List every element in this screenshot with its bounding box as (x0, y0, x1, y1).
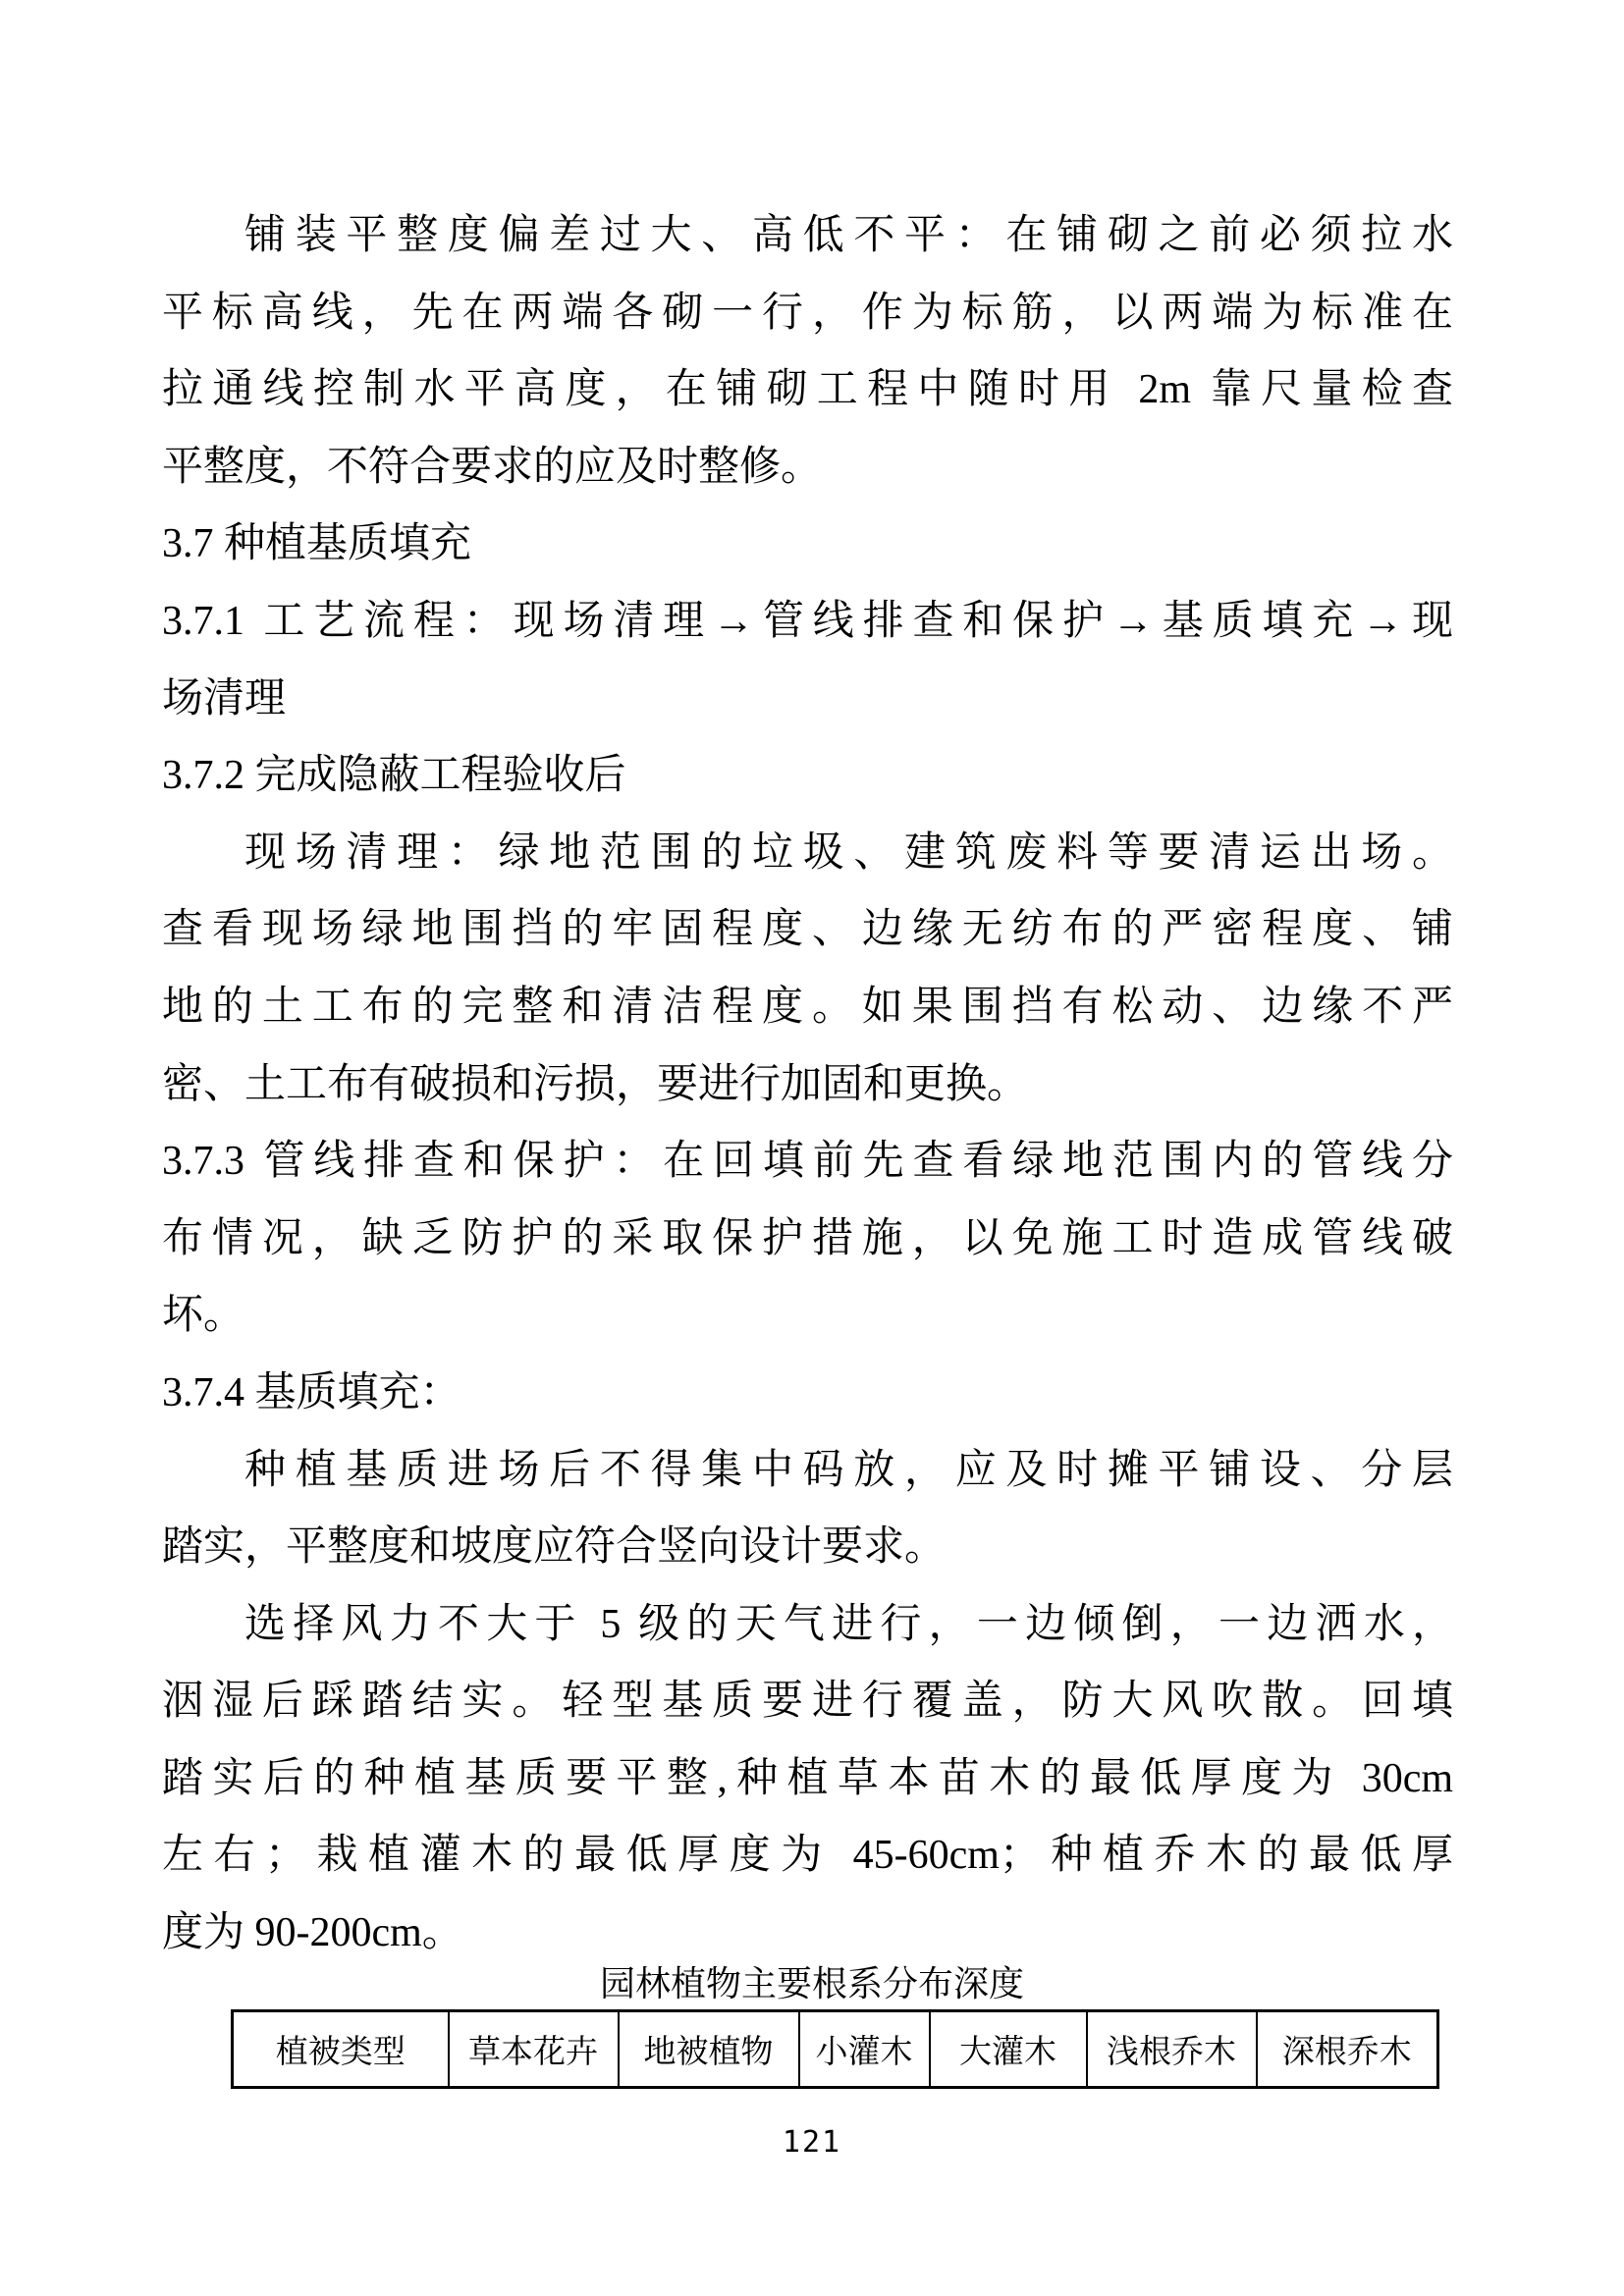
page-number: 121 (0, 2123, 1624, 2163)
col-header-large-shrubs: 大灌木 (930, 2011, 1087, 2088)
body-text-line: 选择风力不大于 5 级的天气进行，一边倾倒，一边洒水， (162, 1586, 1453, 1664)
table-header-row: 植被类型 草本花卉 地被植物 小灌木 大灌木 浅根乔木 深根乔木 (233, 2011, 1438, 2088)
col-header-shallow-root-trees: 浅根乔木 (1087, 2011, 1257, 2088)
body-text-line: 密、土工布有破损和污损，要进行加固和更换。 (162, 1046, 1453, 1124)
body-text-line: 种植基质进场后不得集中码放，应及时摊平铺设、分层 (162, 1432, 1453, 1510)
heading-3-7: 3.7 种植基质填充 (162, 506, 1453, 583)
body-text-line: 左右；栽植灌木的最低厚度为 45-60cm；种植乔木的最低厚 (162, 1817, 1453, 1895)
heading-3-7-4: 3.7.4 基质填充： (162, 1355, 1453, 1432)
body-text-line: 坏。 (162, 1277, 1453, 1355)
body-text-line: 查看现场绿地围挡的牢固程度、边缘无纺布的严密程度、铺 (162, 891, 1453, 969)
table-caption: 园林植物主要根系分布深度 (0, 1959, 1624, 2008)
body-text-line: 踏实后的种植基质要平整,种植草本苗木的最低厚度为 30cm (162, 1740, 1453, 1818)
document-body: 铺装平整度偏差过大、高低不平：在铺砌之前必须拉水 平标高线，先在两端各砌一行，作… (162, 197, 1453, 1972)
body-text-line: 平标高线，先在两端各砌一行，作为标筋，以两端为标准在 (162, 275, 1453, 352)
heading-3-7-1: 3.7.1 工艺流程：现场清理→管线排查和保护→基质填充→现 (162, 583, 1453, 661)
document-page: 铺装平整度偏差过大、高低不平：在铺砌之前必须拉水 平标高线，先在两端各砌一行，作… (0, 0, 1624, 2296)
body-text-line: 踏实，平整度和坡度应符合竖向设计要求。 (162, 1509, 1453, 1586)
col-header-groundcover-plants: 地被植物 (619, 2011, 799, 2088)
body-text-line: 洇湿后踩踏结实。轻型基质要进行覆盖，防大风吹散。回填 (162, 1663, 1453, 1740)
col-header-small-shrubs: 小灌木 (799, 2011, 930, 2088)
heading-3-7-3: 3.7.3 管线排查和保护：在回填前先查看绿地范围内的管线分 (162, 1123, 1453, 1201)
body-text-line: 地的土工布的完整和清洁程度。如果围挡有松动、边缘不严 (162, 969, 1453, 1046)
body-text-line: 平整度，不符合要求的应及时整修。 (162, 429, 1453, 507)
body-text-line: 布情况，缺乏防护的采取保护措施，以免施工时造成管线破 (162, 1201, 1453, 1278)
col-header-herbaceous-flowers: 草本花卉 (449, 2011, 619, 2088)
col-header-deep-root-trees: 深根乔木 (1257, 2011, 1438, 2088)
body-text-line: 场清理 (162, 661, 1453, 738)
root-depth-table: 植被类型 草本花卉 地被植物 小灌木 大灌木 浅根乔木 深根乔木 (231, 2009, 1439, 2089)
body-text-line: 拉通线控制水平高度，在铺砌工程中随时用 2m 靠尺量检查 (162, 351, 1453, 429)
body-text-line: 铺装平整度偏差过大、高低不平：在铺砌之前必须拉水 (162, 197, 1453, 275)
body-text-line: 现场清理：绿地范围的垃圾、建筑废料等要清运出场。 (162, 815, 1453, 892)
heading-3-7-2: 3.7.2 完成隐蔽工程验收后 (162, 737, 1453, 815)
col-header-vegetation-type: 植被类型 (233, 2011, 449, 2088)
